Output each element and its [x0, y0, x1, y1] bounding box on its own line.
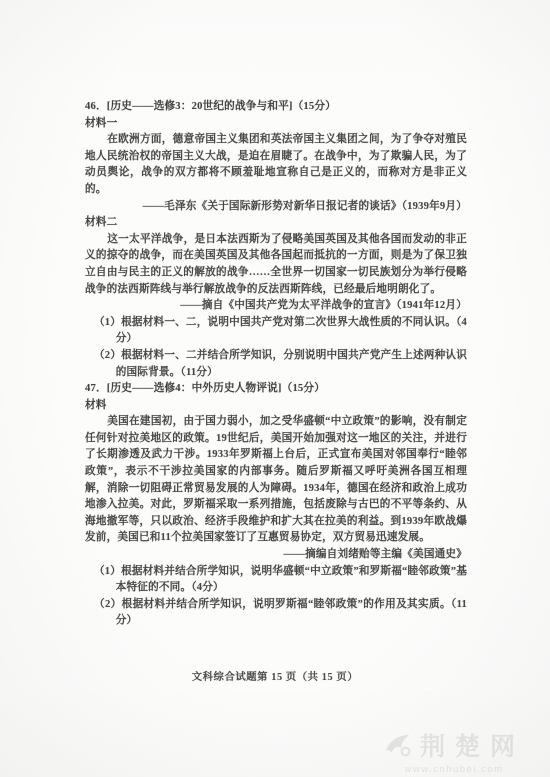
- material-1-text: 在欧洲方面，德意帝国主义集团和英法帝国主义集团之间，为了争夺对殖民地人民统治权的…: [85, 132, 467, 198]
- material-2-label: 材料二: [85, 215, 467, 232]
- material-47-source: ——摘编自刘绪贻等主编《美国通史》: [85, 547, 467, 564]
- page-footer: 文科综合试题第 15 页（共 15 页）: [0, 668, 550, 683]
- material-2-source: ——摘自《中国共产党为太平洋战争的宣言》（1941年12月）: [85, 298, 467, 315]
- watermark-url: www.cnhubei.com: [364, 764, 544, 775]
- question-46-header: 46．[历史——选修3：20世纪的战争与和平]（15分）: [85, 99, 467, 116]
- question-46-item-2: （2）根据材料一、二并结合所学知识，分别说明中国共产党产生上述两种认识的国际背景…: [94, 348, 467, 381]
- question-46-item-1: （1）根据材料一、二，说明中国共产党对第二次世界大战性质的不同认识。（4分）: [94, 315, 467, 348]
- question-47-header: 47．[历史——选修4：中外历史人物评说]（15分）: [85, 381, 467, 398]
- exam-paper-page: 46．[历史——选修3：20世纪的战争与和平]（15分） 材料一 在欧洲方面，德…: [0, 0, 550, 777]
- exam-content: 46．[历史——选修3：20世纪的战争与和平]（15分） 材料一 在欧洲方面，德…: [85, 99, 467, 630]
- question-47-item-2: （2）根据材料并结合所学知识，说明罗斯福“睦邻政策”的作用及其实质。（11分）: [94, 597, 467, 630]
- material-47-text: 美国在建国初，由于国力弱小，加之受华盛顿“中立政策”的影响，没有制定任何针对拉美…: [85, 414, 467, 547]
- watermark-site-name: 荆楚网: [420, 727, 525, 763]
- question-47-item-1: （1）根据材料并结合所学知识，说明华盛顿“中立政策”和罗斯福“睦邻政策”基本特征…: [94, 564, 467, 597]
- material-47-label: 材料: [85, 398, 467, 415]
- material-2-text: 这一太平洋战争，是日本法西斯为了侵略美国英国及其他各国而发动的非正义的掠夺的战争…: [85, 232, 467, 298]
- watermark: 荆楚网 www.cnhubei.com: [364, 727, 544, 775]
- material-1-label: 材料一: [85, 116, 467, 133]
- watermark-logo-icon: [383, 730, 413, 760]
- material-1-source: ——毛泽东《关于国际新形势对新华日报记者的谈话》（1939年9月）: [85, 199, 467, 216]
